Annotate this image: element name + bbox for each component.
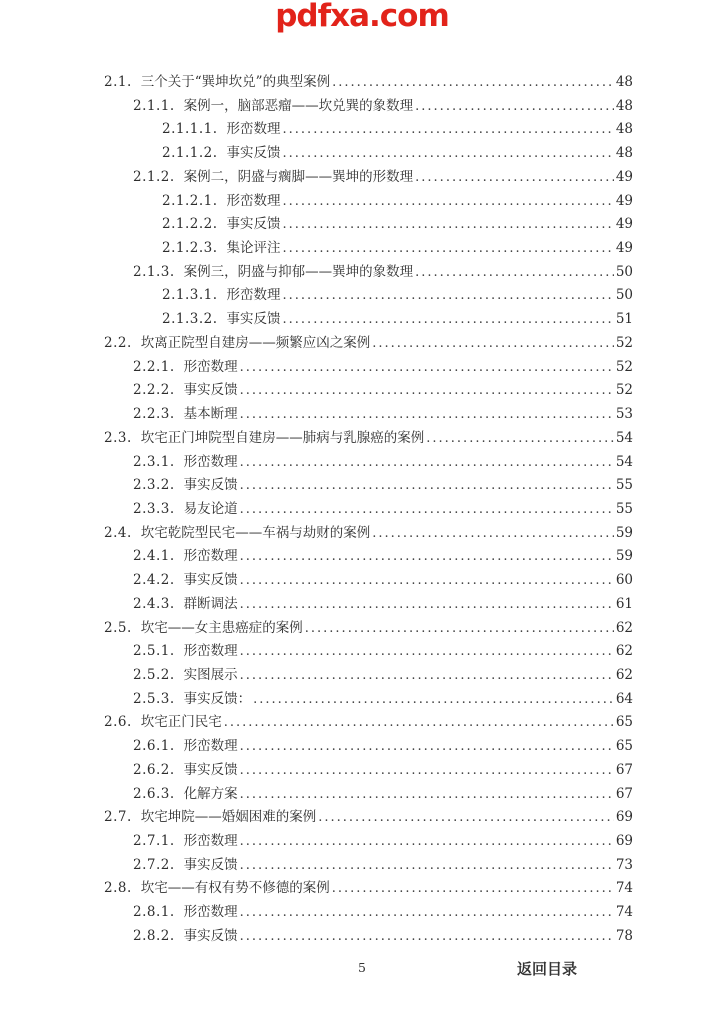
toc-entry-page: 48 bbox=[616, 142, 633, 166]
dot-leader bbox=[240, 901, 614, 925]
toc-entry-number: 2.4. bbox=[104, 522, 132, 546]
dot-leader bbox=[240, 830, 614, 854]
toc-entry[interactable]: 2.8.1. 形峦数理 74 bbox=[104, 901, 633, 925]
toc-entry[interactable]: 2.4. 坎宅乾院型民宅——车祸与劫财的案例 59 bbox=[104, 522, 633, 546]
dot-leader bbox=[224, 711, 614, 735]
toc-entry-page: 60 bbox=[616, 569, 633, 593]
toc-entry-page: 74 bbox=[616, 877, 633, 901]
toc-entry-title: 案例三，阴盛与抑郁——巽坤的象数理 bbox=[184, 261, 414, 285]
dot-leader bbox=[283, 213, 614, 237]
toc-entry-number: 2.6.1. bbox=[133, 735, 175, 759]
toc-entry[interactable]: 2.1.2.2. 事实反馈 49 bbox=[104, 213, 633, 237]
toc-entry[interactable]: 2.7. 坎宅坤院——婚姻困难的案例 69 bbox=[104, 806, 633, 830]
toc-entry-page: 48 bbox=[616, 118, 633, 142]
toc-entry[interactable]: 2.3.3. 易友论道 55 bbox=[104, 498, 633, 522]
toc-entry-number: 2.1.3.1. bbox=[162, 284, 218, 308]
dot-leader bbox=[240, 593, 614, 617]
dot-leader bbox=[240, 545, 614, 569]
toc-entry[interactable]: 2.1.2.3. 集论评注 49 bbox=[104, 237, 633, 261]
toc-entry[interactable]: 2.2.2. 事实反馈 52 bbox=[104, 379, 633, 403]
toc-entry-title: 形峦数理 bbox=[184, 830, 238, 854]
toc-entry-number: 2.2.1. bbox=[133, 356, 175, 380]
dot-leader bbox=[240, 403, 614, 427]
toc-entry[interactable]: 2.6. 坎宅正门民宅 65 bbox=[104, 711, 633, 735]
toc-entry[interactable]: 2.6.2. 事实反馈 67 bbox=[104, 759, 633, 783]
dot-leader bbox=[240, 569, 614, 593]
toc-entry-page: 62 bbox=[616, 617, 633, 641]
toc-entry-number: 2.4.3. bbox=[133, 593, 175, 617]
toc-entry-page: 65 bbox=[616, 711, 633, 735]
toc-entry-number: 2.1.2.2. bbox=[162, 213, 218, 237]
toc-entry[interactable]: 2.1.1.1. 形峦数理 48 bbox=[104, 118, 633, 142]
toc-entry-number: 2.1. bbox=[104, 71, 132, 95]
toc-entry-page: 48 bbox=[616, 95, 633, 119]
toc-entry[interactable]: 2.5.3. 事实反馈： 64 bbox=[104, 688, 633, 712]
dot-leader bbox=[415, 261, 614, 285]
toc-entry-page: 61 bbox=[616, 593, 633, 617]
toc-entry-page: 67 bbox=[616, 759, 633, 783]
toc-entry-number: 2.3.1. bbox=[133, 451, 175, 475]
toc-entry-number: 2.1.3.2. bbox=[162, 308, 218, 332]
toc-entry-page: 62 bbox=[616, 664, 633, 688]
toc-entry-page: 54 bbox=[616, 451, 633, 475]
toc-entry-page: 53 bbox=[616, 403, 633, 427]
toc-entry-page: 59 bbox=[616, 545, 633, 569]
dot-leader bbox=[426, 427, 614, 451]
toc-entry-page: 64 bbox=[616, 688, 633, 712]
dot-leader bbox=[240, 854, 614, 878]
toc-entry-number: 2.1.2.3. bbox=[162, 237, 218, 261]
toc-entry-title: 坎离正院型自建房——频繁应凶之案例 bbox=[141, 332, 371, 356]
toc-entry-title: 三个关于“巽坤坎兑”的典型案例 bbox=[141, 71, 330, 95]
dot-leader bbox=[240, 356, 614, 380]
toc-entry-number: 2.3.2. bbox=[133, 474, 175, 498]
table-of-contents: 2.1. 三个关于“巽坤坎兑”的典型案例 48 2.1.1. 案例一，脑部恶瘤—… bbox=[104, 71, 633, 949]
toc-entry-title: 形峦数理 bbox=[227, 284, 281, 308]
toc-entry-number: 2.3. bbox=[104, 427, 132, 451]
dot-leader bbox=[240, 759, 614, 783]
dot-leader bbox=[283, 118, 614, 142]
toc-entry-title: 坎宅——女主患癌症的案例 bbox=[141, 617, 303, 641]
toc-entry-number: 2.4.1. bbox=[133, 545, 175, 569]
toc-entry-number: 2.5.1. bbox=[133, 640, 175, 664]
toc-entry-page: 48 bbox=[616, 71, 633, 95]
toc-entry-title: 事实反馈 bbox=[184, 379, 238, 403]
toc-entry-title: 事实反馈 bbox=[184, 474, 238, 498]
toc-entry-title: 易友论道 bbox=[184, 498, 238, 522]
toc-entry-number: 2.1.2.1. bbox=[162, 190, 218, 214]
toc-entry-title: 事实反馈 bbox=[184, 759, 238, 783]
dot-leader bbox=[240, 925, 614, 949]
dot-leader bbox=[240, 451, 614, 475]
toc-entry-title: 事实反馈 bbox=[184, 925, 238, 949]
toc-entry-number: 2.2. bbox=[104, 332, 132, 356]
toc-entry-page: 49 bbox=[616, 213, 633, 237]
document-page: pdfxa.com 2.1. 三个关于“巽坤坎兑”的典型案例 48 2.1.1.… bbox=[0, 0, 724, 1024]
toc-entry-page: 78 bbox=[616, 925, 633, 949]
toc-entry-title: 实图展示 bbox=[184, 664, 238, 688]
toc-entry-title: 形峦数理 bbox=[184, 735, 238, 759]
toc-entry-page: 65 bbox=[616, 735, 633, 759]
dot-leader bbox=[240, 640, 614, 664]
toc-entry-number: 2.8.2. bbox=[133, 925, 175, 949]
dot-leader bbox=[415, 95, 614, 119]
pdfxa-watermark-logo: pdfxa.com bbox=[0, 0, 724, 35]
back-to-toc-link[interactable]: 返回目录 bbox=[517, 958, 577, 979]
toc-entry[interactable]: 2.4.3. 群断调法 61 bbox=[104, 593, 633, 617]
toc-entry-page: 73 bbox=[616, 854, 633, 878]
toc-entry[interactable]: 2.8. 坎宅——有权有势不修德的案例 74 bbox=[104, 877, 633, 901]
toc-entry-page: 49 bbox=[616, 237, 633, 261]
dot-leader bbox=[332, 877, 614, 901]
toc-entry-title: 坎宅坤院——婚姻困难的案例 bbox=[141, 806, 317, 830]
toc-entry-page: 50 bbox=[616, 261, 633, 285]
toc-entry[interactable]: 2.1. 三个关于“巽坤坎兑”的典型案例 48 bbox=[104, 71, 633, 95]
toc-entry[interactable]: 2.5.1. 形峦数理 62 bbox=[104, 640, 633, 664]
page-number: 5 bbox=[0, 960, 724, 975]
dot-leader bbox=[283, 142, 614, 166]
toc-entry-title: 化解方案 bbox=[184, 783, 238, 807]
dot-leader bbox=[240, 664, 614, 688]
toc-entry-title: 事实反馈 bbox=[184, 569, 238, 593]
toc-entry-number: 2.8. bbox=[104, 877, 132, 901]
toc-entry-title: 坎宅正门民宅 bbox=[141, 711, 222, 735]
dot-leader bbox=[372, 332, 614, 356]
toc-entry-title: 事实反馈 bbox=[227, 308, 281, 332]
toc-entry[interactable]: 2.7.1. 形峦数理 69 bbox=[104, 830, 633, 854]
toc-entry[interactable]: 2.1.3.1. 形峦数理 50 bbox=[104, 284, 633, 308]
toc-entry[interactable]: 2.2.3. 基本断理 53 bbox=[104, 403, 633, 427]
toc-entry[interactable]: 2.4.1. 形峦数理 59 bbox=[104, 545, 633, 569]
toc-entry-title: 形峦数理 bbox=[227, 118, 281, 142]
toc-entry[interactable]: 2.1.2. 案例二，阴盛与瘸脚——巽坤的形数理 49 bbox=[104, 166, 633, 190]
toc-entry[interactable]: 2.3.2. 事实反馈 55 bbox=[104, 474, 633, 498]
toc-entry-title: 坎宅乾院型民宅——车祸与劫财的案例 bbox=[141, 522, 371, 546]
toc-entry-page: 49 bbox=[616, 166, 633, 190]
toc-entry-number: 2.1.1.1. bbox=[162, 118, 218, 142]
toc-entry[interactable]: 2.3.1. 形峦数理 54 bbox=[104, 451, 633, 475]
toc-entry[interactable]: 2.5. 坎宅——女主患癌症的案例 62 bbox=[104, 617, 633, 641]
dot-leader bbox=[283, 190, 614, 214]
toc-entry-number: 2.5. bbox=[104, 617, 132, 641]
toc-entry[interactable]: 2.1.2.1. 形峦数理 49 bbox=[104, 190, 633, 214]
toc-entry[interactable]: 2.8.2. 事实反馈 78 bbox=[104, 925, 633, 949]
toc-entry-number: 2.1.1. bbox=[133, 95, 175, 119]
toc-entry-page: 59 bbox=[616, 522, 633, 546]
toc-entry-page: 55 bbox=[616, 498, 633, 522]
toc-entry-title: 坎宅——有权有势不修德的案例 bbox=[141, 877, 330, 901]
toc-entry[interactable]: 2.4.2. 事实反馈 60 bbox=[104, 569, 633, 593]
toc-entry-number: 2.3.3. bbox=[133, 498, 175, 522]
toc-entry[interactable]: 2.7.2. 事实反馈 73 bbox=[104, 854, 633, 878]
dot-leader bbox=[283, 237, 614, 261]
dot-leader bbox=[305, 617, 614, 641]
dot-leader bbox=[332, 71, 614, 95]
toc-entry-number: 2.1.2. bbox=[133, 166, 175, 190]
toc-entry-number: 2.2.3. bbox=[133, 403, 175, 427]
toc-entry[interactable]: 2.6.3. 化解方案 67 bbox=[104, 783, 633, 807]
toc-entry-page: 69 bbox=[616, 830, 633, 854]
toc-entry-title: 案例一，脑部恶瘤——坎兑巽的象数理 bbox=[184, 95, 414, 119]
toc-entry-title: 事实反馈： bbox=[184, 688, 252, 712]
toc-entry-title: 基本断理 bbox=[184, 403, 238, 427]
toc-entry-page: 50 bbox=[616, 284, 633, 308]
toc-entry-title: 事实反馈 bbox=[227, 213, 281, 237]
toc-entry-number: 2.5.2. bbox=[133, 664, 175, 688]
toc-entry-number: 2.2.2. bbox=[133, 379, 175, 403]
dot-leader bbox=[318, 806, 614, 830]
toc-entry-number: 2.1.3. bbox=[133, 261, 175, 285]
toc-entry-page: 51 bbox=[616, 308, 633, 332]
toc-entry-title: 形峦数理 bbox=[227, 190, 281, 214]
toc-entry-page: 52 bbox=[616, 356, 633, 380]
toc-entry-page: 74 bbox=[616, 901, 633, 925]
toc-entry[interactable]: 2.1.1.2. 事实反馈 48 bbox=[104, 142, 633, 166]
toc-entry-page: 52 bbox=[616, 332, 633, 356]
toc-entry[interactable]: 2.2.1. 形峦数理 52 bbox=[104, 356, 633, 380]
toc-entry-number: 2.4.2. bbox=[133, 569, 175, 593]
toc-entry-page: 69 bbox=[616, 806, 633, 830]
toc-entry[interactable]: 2.5.2. 实图展示 62 bbox=[104, 664, 633, 688]
toc-entry-title: 事实反馈 bbox=[184, 854, 238, 878]
toc-entry[interactable]: 2.2. 坎离正院型自建房——频繁应凶之案例 52 bbox=[104, 332, 633, 356]
dot-leader bbox=[253, 688, 614, 712]
toc-entry-title: 群断调法 bbox=[184, 593, 238, 617]
dot-leader bbox=[240, 498, 614, 522]
dot-leader bbox=[240, 379, 614, 403]
dot-leader bbox=[283, 284, 614, 308]
toc-entry-number: 2.6.2. bbox=[133, 759, 175, 783]
toc-entry-number: 2.6. bbox=[104, 711, 132, 735]
toc-entry-title: 坎宅正门坤院型自建房——肺病与乳腺癌的案例 bbox=[141, 427, 425, 451]
toc-entry-number: 2.5.3. bbox=[133, 688, 175, 712]
toc-entry-page: 49 bbox=[616, 190, 633, 214]
toc-entry[interactable]: 2.1.1. 案例一，脑部恶瘤——坎兑巽的象数理 48 bbox=[104, 95, 633, 119]
toc-entry[interactable]: 2.1.3. 案例三，阴盛与抑郁——巽坤的象数理 50 bbox=[104, 261, 633, 285]
dot-leader bbox=[372, 522, 614, 546]
toc-entry-title: 形峦数理 bbox=[184, 545, 238, 569]
toc-entry-page: 55 bbox=[616, 474, 633, 498]
toc-entry-number: 2.7.1. bbox=[133, 830, 175, 854]
toc-entry[interactable]: 2.1.3.2. 事实反馈 51 bbox=[104, 308, 633, 332]
toc-entry-number: 2.8.1. bbox=[133, 901, 175, 925]
dot-leader bbox=[283, 308, 614, 332]
dot-leader bbox=[415, 166, 614, 190]
toc-entry-number: 2.1.1.2. bbox=[162, 142, 218, 166]
toc-entry-page: 52 bbox=[616, 379, 633, 403]
toc-entry-title: 形峦数理 bbox=[184, 640, 238, 664]
toc-entry[interactable]: 2.6.1. 形峦数理 65 bbox=[104, 735, 633, 759]
toc-entry[interactable]: 2.3. 坎宅正门坤院型自建房——肺病与乳腺癌的案例 54 bbox=[104, 427, 633, 451]
toc-entry-page: 62 bbox=[616, 640, 633, 664]
toc-entry-title: 事实反馈 bbox=[227, 142, 281, 166]
toc-entry-title: 形峦数理 bbox=[184, 901, 238, 925]
dot-leader bbox=[240, 735, 614, 759]
toc-entry-page: 54 bbox=[616, 427, 633, 451]
toc-entry-number: 2.6.3. bbox=[133, 783, 175, 807]
toc-entry-title: 集论评注 bbox=[227, 237, 281, 261]
toc-entry-page: 67 bbox=[616, 783, 633, 807]
toc-entry-number: 2.7. bbox=[104, 806, 132, 830]
toc-entry-title: 形峦数理 bbox=[184, 356, 238, 380]
dot-leader bbox=[240, 474, 614, 498]
dot-leader bbox=[240, 783, 614, 807]
toc-entry-title: 形峦数理 bbox=[184, 451, 238, 475]
toc-entry-title: 案例二，阴盛与瘸脚——巽坤的形数理 bbox=[184, 166, 414, 190]
toc-entry-number: 2.7.2. bbox=[133, 854, 175, 878]
